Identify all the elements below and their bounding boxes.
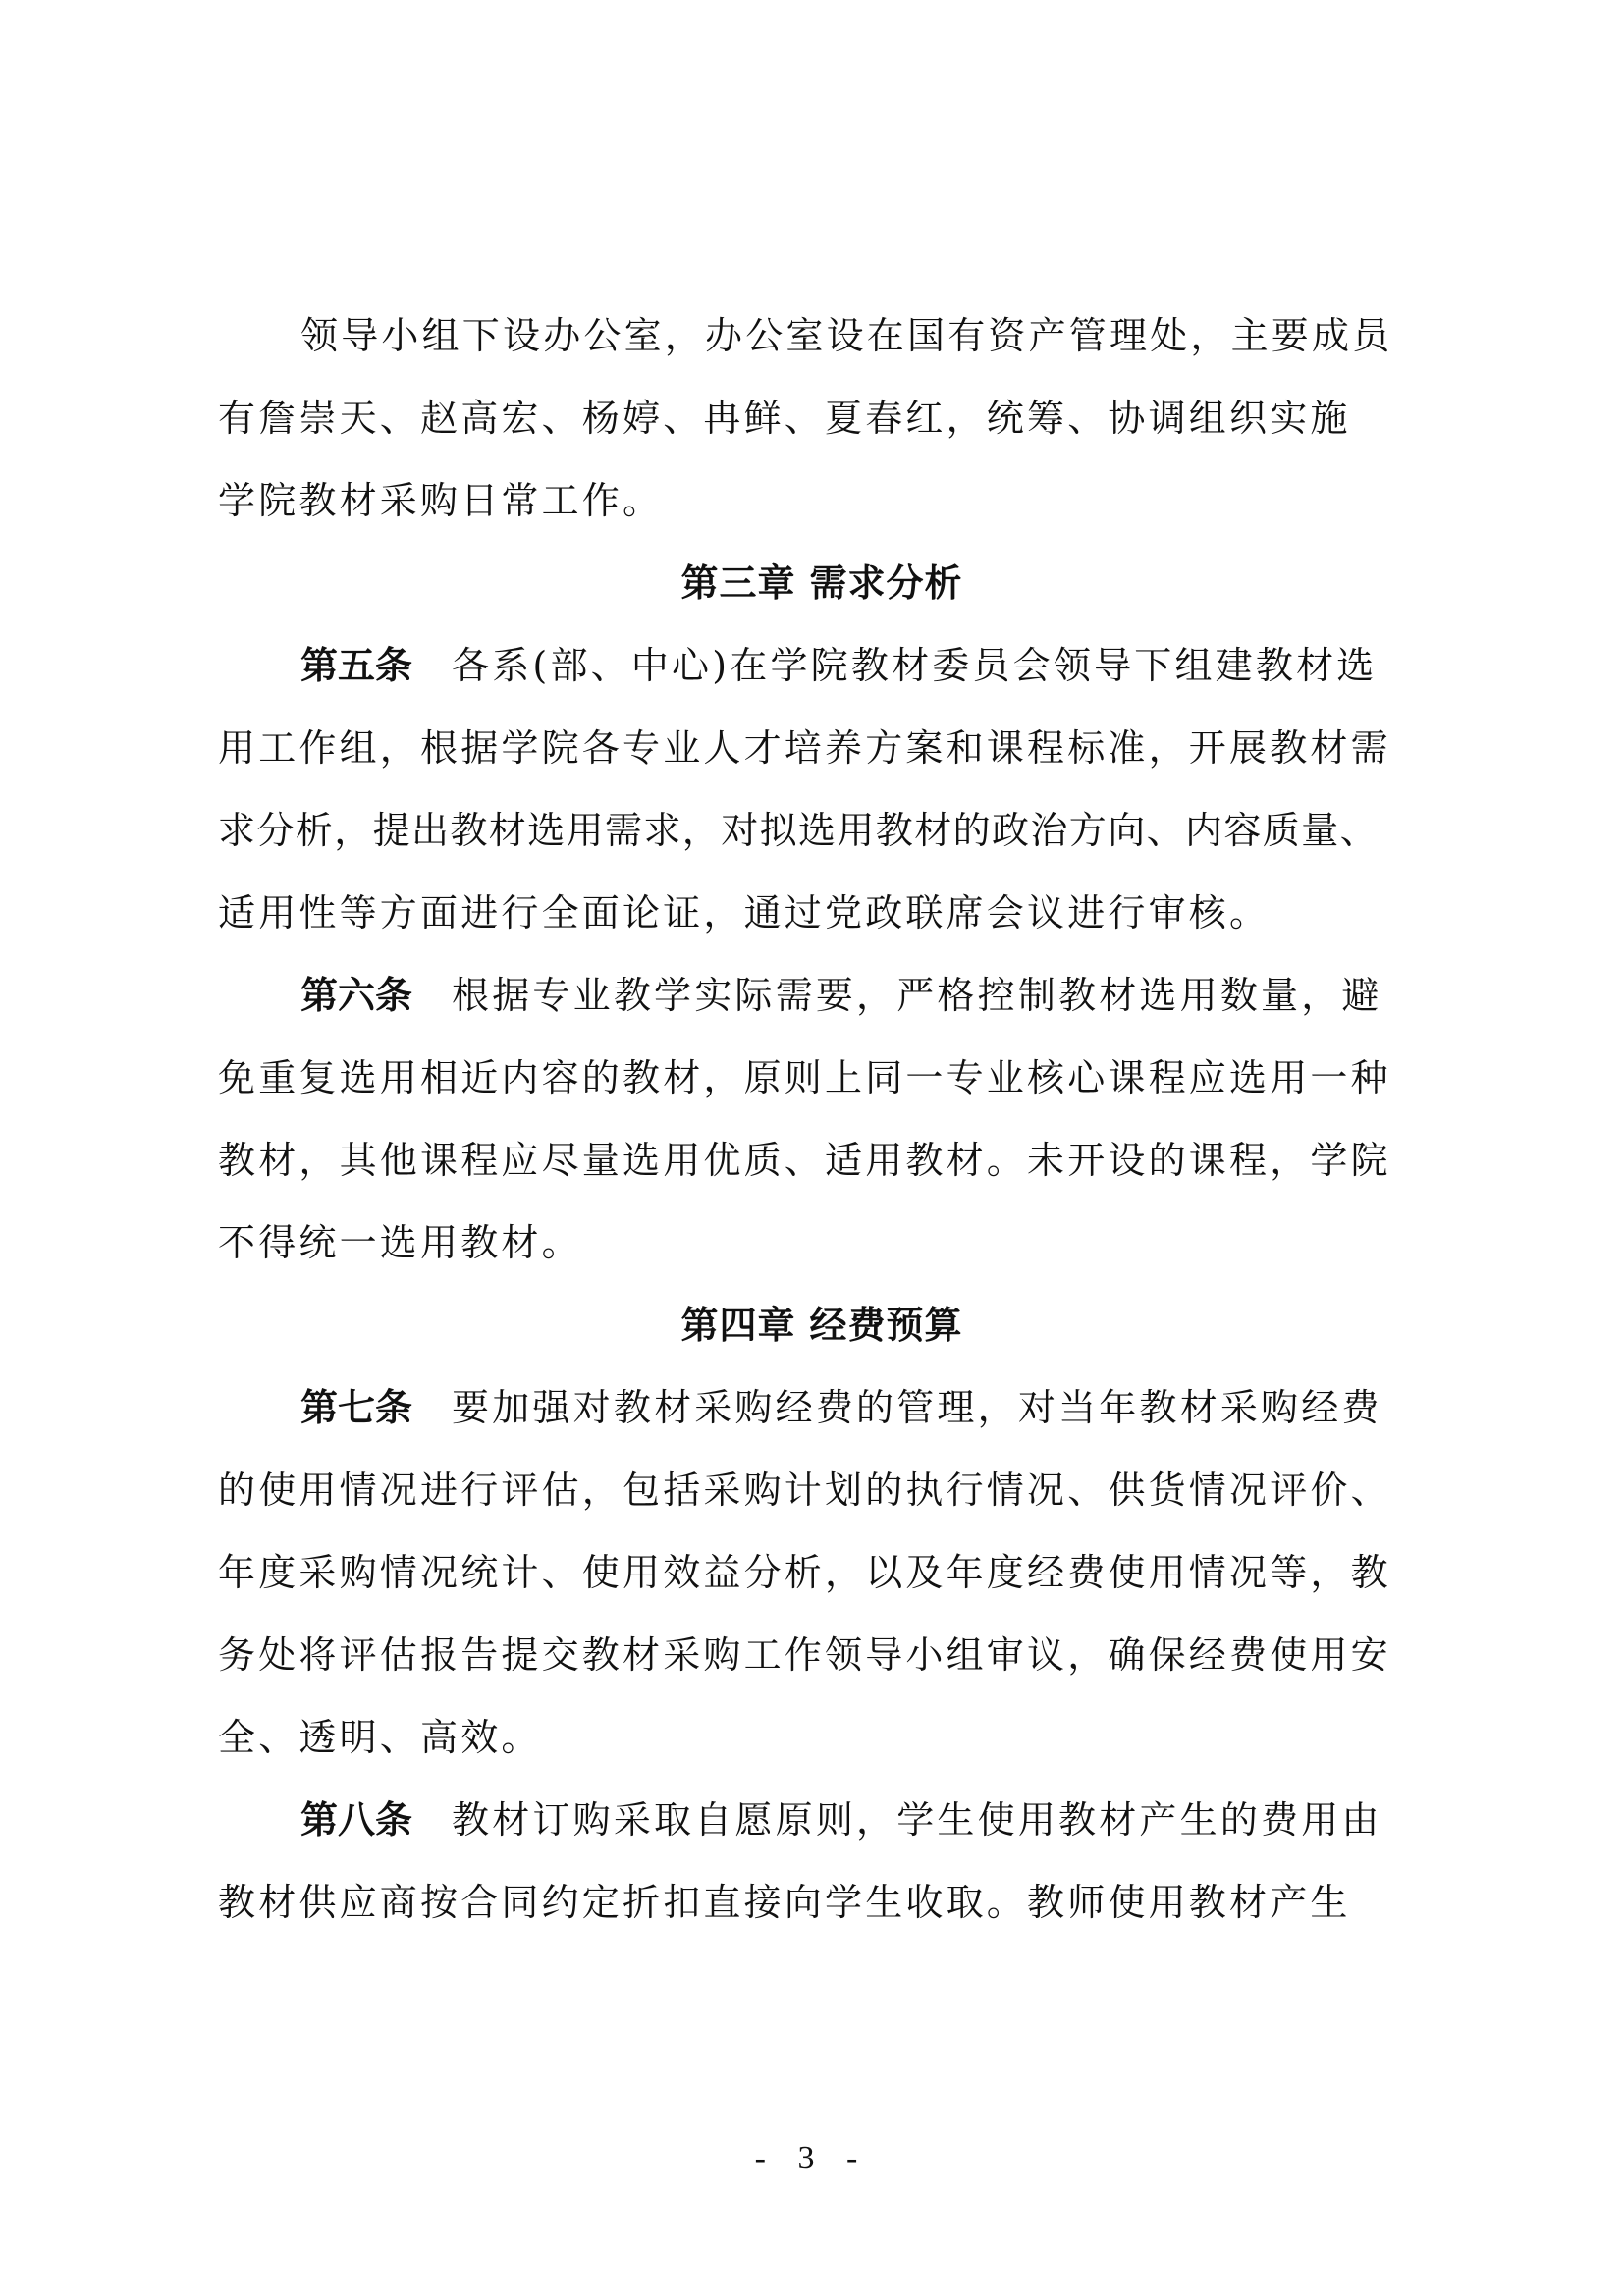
paragraph-line: 适用性等方面进行全面论证，通过党政联席会议进行审核。 bbox=[218, 872, 1426, 954]
chapter-number: 第三章 bbox=[680, 561, 795, 605]
article-text: 根据专业教学实际需要，严格控制教材选用数量，避 bbox=[452, 974, 1382, 1017]
article-label: 第八条 bbox=[300, 1798, 412, 1842]
article-5: 第五条各系(部、中心)在学院教材委员会领导下组建教材选 用工作组，根据学院各专业… bbox=[218, 624, 1426, 954]
document-body: 领导小组下设办公室，办公室设在国有资产管理处，主要成员 有詹崇天、赵高宏、杨婷、… bbox=[218, 294, 1426, 1944]
chapter-title: 经费预算 bbox=[810, 1304, 963, 1347]
chapter-heading: 第四章经费预算 bbox=[218, 1284, 1426, 1366]
article-7: 第七条要加强对教材采购经费的管理，对当年教材采购经费 的使用情况进行评估，包括采… bbox=[218, 1366, 1426, 1779]
article-8: 第八条教材订购采取自愿原则，学生使用教材产生的费用由 教材供应商按合同约定折扣直… bbox=[218, 1779, 1426, 1944]
paragraph-line: 第五条各系(部、中心)在学院教材委员会领导下组建教材选 bbox=[218, 624, 1426, 707]
paragraph-line: 教材供应商按合同约定折扣直接向学生收取。教师使用教材产生 bbox=[218, 1861, 1426, 1944]
paragraph-line: 免重复选用相近内容的教材，原则上同一专业核心课程应选用一种 bbox=[218, 1037, 1426, 1119]
article-text: 教材订购采取自愿原则，学生使用教材产生的费用由 bbox=[452, 1798, 1382, 1842]
article-label: 第六条 bbox=[300, 974, 412, 1017]
paragraph-line: 的使用情况进行评估，包括采购计划的执行情况、供货情况评价、 bbox=[218, 1449, 1426, 1531]
paragraph-line: 年度采购情况统计、使用效益分析，以及年度经费使用情况等，教 bbox=[218, 1531, 1426, 1614]
article-label: 第五条 bbox=[300, 644, 412, 687]
paragraph-line: 不得统一选用教材。 bbox=[218, 1201, 1426, 1284]
article-text: 要加强对教材采购经费的管理，对当年教材采购经费 bbox=[452, 1386, 1382, 1429]
chapter-title: 需求分析 bbox=[810, 561, 963, 605]
article-6: 第六条根据专业教学实际需要，严格控制教材选用数量，避 免重复选用相近内容的教材，… bbox=[218, 954, 1426, 1284]
chapter-heading: 第三章需求分析 bbox=[218, 542, 1426, 624]
paragraph-line: 有詹崇天、赵高宏、杨婷、冉鲜、夏春红，统筹、协调组织实施 bbox=[218, 377, 1426, 459]
paragraph-line: 务处将评估报告提交教材采购工作领导小组审议，确保经费使用安 bbox=[218, 1614, 1426, 1696]
paragraph-line: 第八条教材订购采取自愿原则，学生使用教材产生的费用由 bbox=[218, 1779, 1426, 1861]
paragraph-line: 学院教材采购日常工作。 bbox=[218, 459, 1426, 542]
article-text: 各系(部、中心)在学院教材委员会领导下组建教材选 bbox=[452, 644, 1377, 687]
document-page: 领导小组下设办公室，办公室设在国有资产管理处，主要成员 有詹崇天、赵高宏、杨婷、… bbox=[0, 0, 1624, 2296]
paragraph-line: 教材，其他课程应尽量选用优质、适用教材。未开设的课程，学院 bbox=[218, 1119, 1426, 1201]
paragraph-line: 用工作组，根据学院各专业人才培养方案和课程标准，开展教材需 bbox=[218, 707, 1426, 789]
article-label: 第七条 bbox=[300, 1386, 412, 1429]
page-number: - 3 - bbox=[0, 2140, 1624, 2177]
paragraph-line: 第六条根据专业教学实际需要，严格控制教材选用数量，避 bbox=[218, 954, 1426, 1037]
paragraph-line: 第七条要加强对教材采购经费的管理，对当年教材采购经费 bbox=[218, 1366, 1426, 1449]
paragraph-line: 全、透明、高效。 bbox=[218, 1696, 1426, 1779]
paragraph-line: 求分析，提出教材选用需求，对拟选用教材的政治方向、内容质量、 bbox=[218, 789, 1426, 872]
intro-paragraph: 领导小组下设办公室，办公室设在国有资产管理处，主要成员 有詹崇天、赵高宏、杨婷、… bbox=[218, 294, 1426, 542]
chapter-number: 第四章 bbox=[680, 1304, 795, 1347]
paragraph-line: 领导小组下设办公室，办公室设在国有资产管理处，主要成员 bbox=[218, 294, 1426, 377]
